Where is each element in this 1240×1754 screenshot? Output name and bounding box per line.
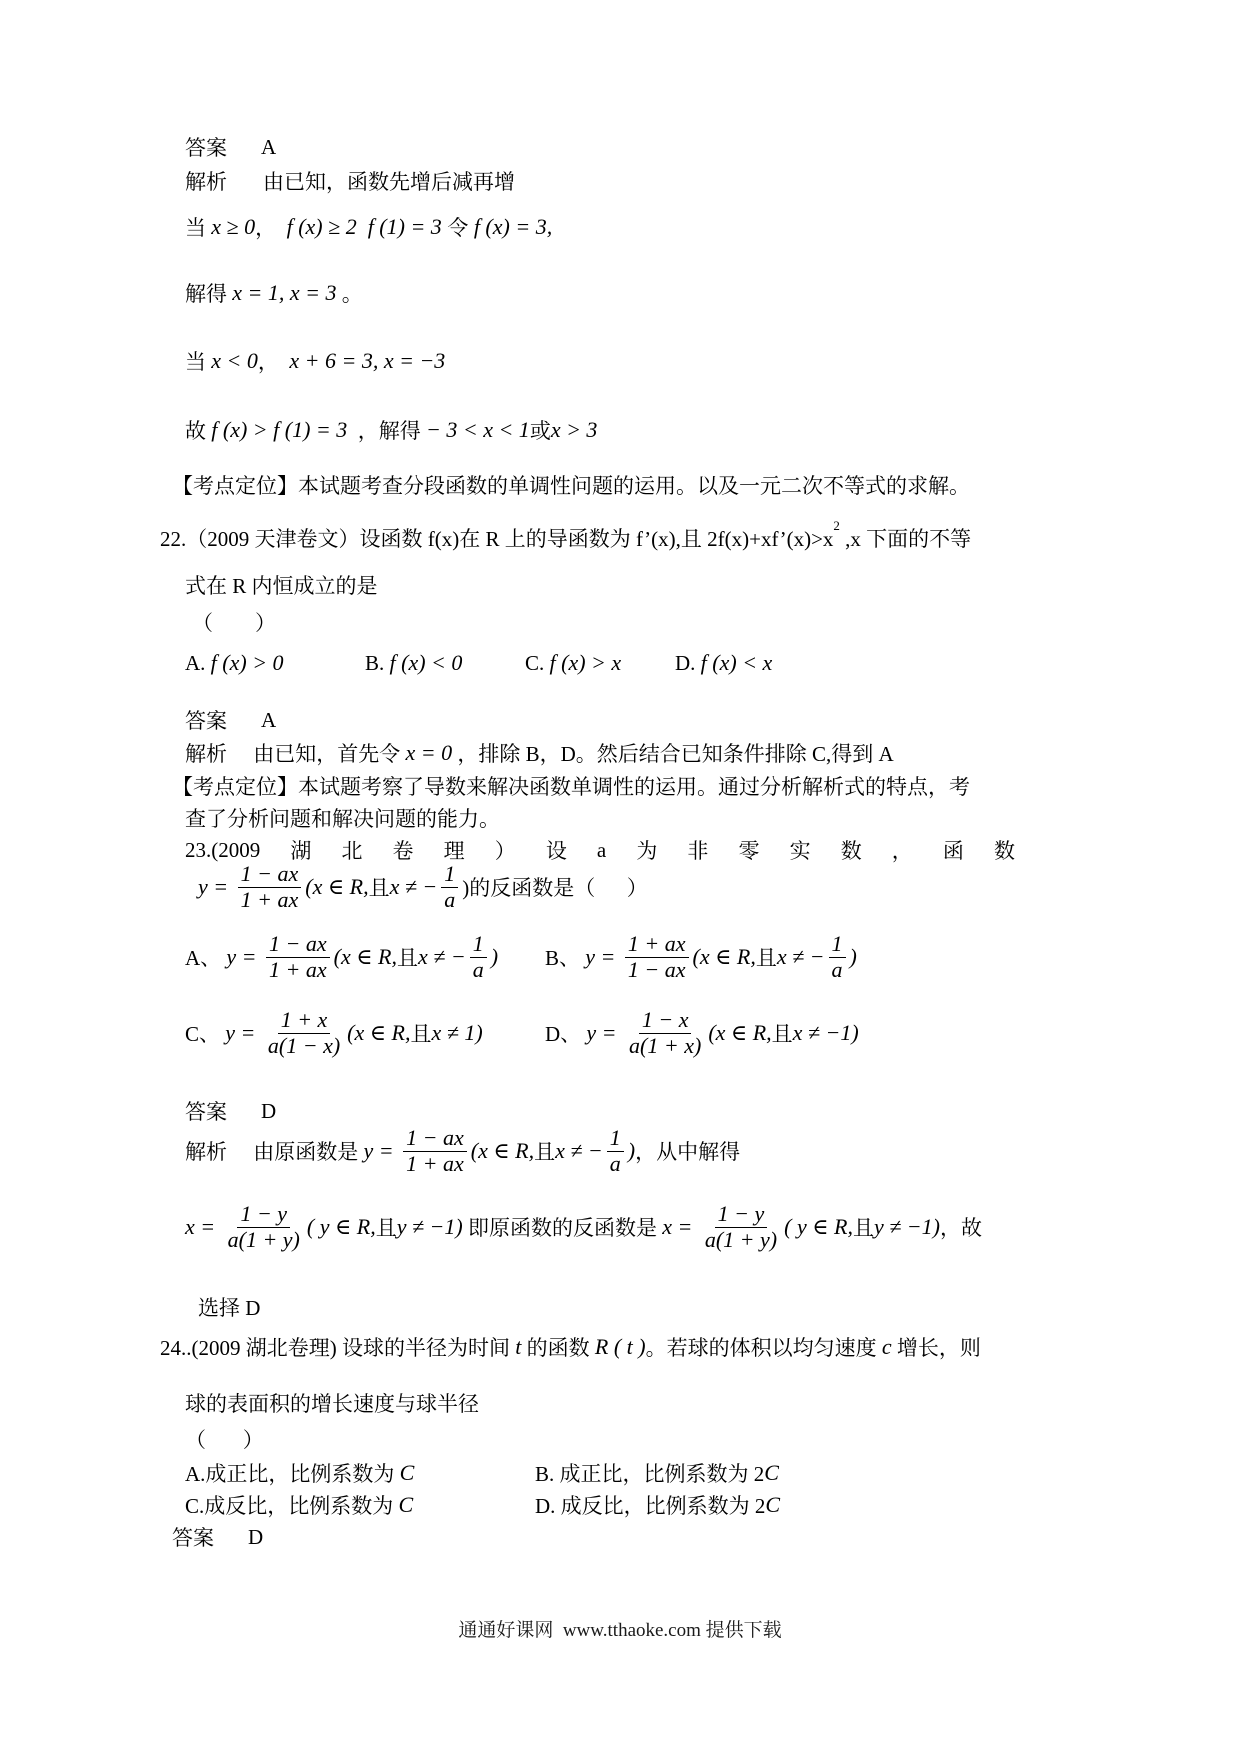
text-segment: ） bbox=[495, 835, 516, 865]
q23-analysis-line-1: 解析 由原函数是 y = 1 − ax1 + ax(x ∈ R,且x ≠ −1a… bbox=[185, 1126, 740, 1176]
text-segment: f (x) < x bbox=[701, 650, 773, 676]
text-segment: 且 bbox=[772, 1018, 793, 1048]
footer-note: 通通好课网 www.tthaoke.com 提供下载 bbox=[0, 1615, 1240, 1642]
q23-option-a: A、 y = 1 − ax1 + ax(x ∈ R,且x ≠ −1a) bbox=[185, 932, 498, 982]
text-segment: y = bbox=[225, 1020, 261, 1046]
q24-option-d: D. 成反比，比例系数为 2C bbox=[535, 1490, 780, 1520]
q21-answer-line: 答案 A bbox=[185, 132, 276, 162]
text-segment: c bbox=[882, 1334, 892, 1360]
keypoint-text: 查了分析问题和解决问题的能力。 bbox=[185, 803, 500, 833]
text-segment: (x ∈ R, bbox=[305, 874, 368, 900]
text-segment: D. 成反比，比例系数为 2 bbox=[535, 1490, 765, 1520]
text-segment: y = bbox=[198, 874, 234, 900]
text-segment: ) bbox=[628, 1138, 635, 1164]
q21-step-4: 故 f (x) > f (1) = 3 ，解得 − 3 < x < 1或x > … bbox=[185, 415, 597, 445]
fraction: 1a bbox=[441, 862, 458, 912]
q22-answer-bracket: （ ） bbox=[192, 607, 276, 637]
text-segment: ( y ∈ R, bbox=[307, 1214, 376, 1240]
text-segment: C bbox=[765, 1492, 780, 1518]
text-segment: 24..(2009 湖北卷理) 设球的半径为时间 bbox=[160, 1332, 515, 1362]
q21-keypoint-line: 【考点定位】本试题考查分段函数的单调性问题的运用。以及一元二次不等式的求解。 bbox=[172, 470, 970, 500]
q21-step-1: 当 x ≥ 0， f (x) ≥ 2 f (1) = 3 令 f (x) = 3… bbox=[185, 212, 552, 242]
text-segment: 22.（2009 天津卷文）设函数 f(x)在 R 上的导函数为 f’(x),且… bbox=[160, 523, 833, 553]
text-segment: x = bbox=[185, 1214, 221, 1240]
answer-value: A bbox=[261, 708, 276, 733]
text-segment: x ≠ − bbox=[555, 1138, 603, 1164]
text-segment: B、 bbox=[545, 942, 585, 972]
text-segment: 北 bbox=[341, 835, 362, 865]
bracket-text: （ ） bbox=[192, 607, 276, 637]
q24-answer-bracket: （ ） bbox=[185, 1424, 264, 1454]
text-segment: 数 bbox=[841, 835, 862, 865]
text-segment: ，故 bbox=[940, 1212, 982, 1242]
text-segment: ) bbox=[491, 944, 498, 970]
text-segment: (x ∈ R, bbox=[471, 1138, 534, 1164]
text-segment: 且 bbox=[534, 1136, 555, 1166]
text-segment: f (x) ≥ 2 f (1) = 3 bbox=[287, 214, 448, 240]
text-segment: (x ∈ R, bbox=[708, 1020, 771, 1046]
text-segment: x ≠ − bbox=[390, 874, 438, 900]
fraction: 1 − xa(1 + x) bbox=[626, 1008, 704, 1058]
text-segment: 设 bbox=[546, 835, 567, 865]
text-segment: x ≥ 0 bbox=[211, 214, 255, 240]
answer-label: 答案 bbox=[172, 1522, 214, 1552]
q22-keypoint-line-1: 【考点定位】本试题考察了导数来解决函数单调性的运用。通过分析解析式的特点，考 bbox=[172, 771, 970, 801]
text-segment: C. bbox=[525, 651, 550, 676]
q21-analysis-line: 解析 由已知，函数先增后减再增 bbox=[185, 166, 515, 196]
text-segment: D、 bbox=[545, 1018, 586, 1048]
analysis-text: 由已知，函数先增后减再增 bbox=[263, 166, 515, 196]
text-segment: 的函数 bbox=[521, 1332, 595, 1362]
text-segment: a bbox=[597, 838, 606, 863]
text-segment: x ≠ −1) bbox=[793, 1020, 859, 1046]
q24-option-b: B. 成正比，比例系数为 2C bbox=[535, 1458, 779, 1488]
text-segment: 实 bbox=[790, 835, 811, 865]
text-segment: 且 bbox=[756, 942, 777, 972]
text-segment: C bbox=[400, 1460, 415, 1486]
text-segment: 。若球的体积以均匀速度 bbox=[646, 1332, 882, 1362]
text-segment: 数 bbox=[994, 835, 1015, 865]
text-segment: y ≠ −1) bbox=[397, 1214, 463, 1240]
fraction: 1 − ax1 + ax bbox=[238, 862, 302, 912]
text-segment: 。 bbox=[336, 278, 362, 308]
answer-label: 答案 bbox=[185, 705, 227, 735]
fraction: 1 + xa(1 − x) bbox=[265, 1008, 343, 1058]
fraction: 1a bbox=[607, 1126, 624, 1176]
text-segment: 23.(2009 bbox=[185, 838, 260, 863]
text-segment: )的反函数是（ ） bbox=[462, 872, 648, 902]
text-segment: x > 3 bbox=[551, 417, 598, 443]
text-segment: x ≠ − bbox=[418, 944, 466, 970]
text-segment: ， bbox=[258, 346, 290, 376]
stem-text: 式在 R 内恒成立的是 bbox=[185, 570, 378, 600]
text-segment: R ( t ) bbox=[595, 1334, 646, 1360]
text-segment: x ≠ − bbox=[777, 944, 825, 970]
document-page: 答案 A 解析 由已知，函数先增后减再增 当 x ≥ 0， f (x) ≥ 2 … bbox=[0, 0, 1240, 1754]
keypoint-text: 【考点定位】本试题考查分段函数的单调性问题的运用。以及一元二次不等式的求解。 bbox=[172, 470, 970, 500]
text-segment: 当 bbox=[185, 346, 211, 376]
text-segment: ，从中解得 bbox=[635, 1136, 740, 1166]
q23-answer-line: 答案 D bbox=[185, 1096, 276, 1126]
text-segment: y ≠ −1) bbox=[874, 1214, 940, 1240]
q23-conclusion-line: 选择 D bbox=[198, 1292, 260, 1322]
text-segment: ,x 下面的不等 bbox=[840, 523, 971, 553]
text-segment: 或 bbox=[530, 415, 551, 445]
text-segment: A.成正比，比例系数为 bbox=[185, 1458, 400, 1488]
text-segment: x = bbox=[662, 1214, 698, 1240]
conclusion-text: 选择 D bbox=[198, 1292, 260, 1322]
q22-answer-line: 答案 A bbox=[185, 705, 276, 735]
q24-stem-line-2: 球的表面积的增长速度与球半径 bbox=[185, 1388, 479, 1418]
text-segment: ) bbox=[850, 944, 857, 970]
text-segment: A. bbox=[185, 651, 211, 676]
text-segment: ， bbox=[892, 835, 913, 865]
answer-value: D bbox=[261, 1099, 276, 1124]
q23-formula-line: y = 1 − ax1 + ax(x ∈ R,且x ≠ −1a)的反函数是（ ） bbox=[198, 862, 648, 912]
stem-text: 球的表面积的增长速度与球半径 bbox=[185, 1388, 479, 1418]
text-segment: ， bbox=[255, 212, 287, 242]
text-segment: 解析 由原函数是 bbox=[185, 1136, 364, 1166]
text-segment: 且 bbox=[853, 1212, 874, 1242]
text-segment: 零 bbox=[739, 835, 760, 865]
text-segment: y = bbox=[364, 1138, 400, 1164]
text-segment: x + 6 = 3, x = −3 bbox=[289, 348, 445, 374]
fraction: 1 − ya(1 + y) bbox=[702, 1202, 780, 1252]
text-segment: B. bbox=[365, 651, 390, 676]
q23-analysis-line-2: x = 1 − ya(1 + y)( y ∈ R,且y ≠ −1) 即原函数的反… bbox=[185, 1202, 982, 1252]
text-segment: A、 bbox=[185, 942, 226, 972]
text-segment: 卷 bbox=[393, 835, 414, 865]
answer-value: D bbox=[248, 1525, 263, 1550]
text-segment: f (x) > x bbox=[550, 650, 622, 676]
q23-option-b: B、 y = 1 + ax1 − ax(x ∈ R,且x ≠ −1a) bbox=[545, 932, 857, 982]
text-segment: f (x) > 0 bbox=[211, 650, 284, 676]
q22-option-d: D. f (x) < x bbox=[675, 650, 772, 676]
answer-label: 答案 bbox=[185, 132, 227, 162]
text-segment: B. 成正比，比例系数为 2 bbox=[535, 1458, 764, 1488]
q23-option-c: C、 y = 1 + xa(1 − x)(x ∈ R,且x ≠ 1) bbox=[185, 1008, 483, 1058]
text-segment: (x ∈ R, bbox=[347, 1020, 410, 1046]
q21-step-2: 解得 x = 1, x = 3 。 bbox=[185, 278, 363, 308]
text-segment: ，解得 bbox=[347, 415, 426, 445]
text-segment: 当 bbox=[185, 212, 211, 242]
q24-option-a: A.成正比，比例系数为 C bbox=[185, 1458, 414, 1488]
answer-label: 答案 bbox=[185, 1096, 227, 1126]
q24-option-c: C.成反比，比例系数为 C bbox=[185, 1490, 413, 1520]
text-segment: 为 bbox=[636, 835, 657, 865]
text-segment: D. bbox=[675, 651, 701, 676]
text-segment: C.成反比，比例系数为 bbox=[185, 1490, 399, 1520]
text-segment: f (x) > f (1) = 3 bbox=[211, 417, 347, 443]
text-segment: 且 bbox=[369, 872, 390, 902]
fraction: 1a bbox=[470, 932, 487, 982]
fraction: 1a bbox=[829, 932, 846, 982]
text-segment: (x ∈ R, bbox=[693, 944, 756, 970]
bracket-text: （ ） bbox=[185, 1424, 264, 1454]
text-segment: y = bbox=[226, 944, 262, 970]
q23-stem-line: 23.(2009湖北卷理）设a为非零实数，函数 bbox=[185, 835, 1015, 865]
text-segment: C bbox=[399, 1492, 414, 1518]
fraction: 1 + ax1 − ax bbox=[625, 932, 689, 982]
answer-value: A bbox=[261, 135, 276, 160]
q22-keypoint-line-2: 查了分析问题和解决问题的能力。 bbox=[185, 803, 500, 833]
text-segment: 且 bbox=[397, 942, 418, 972]
text-segment: y = bbox=[585, 944, 621, 970]
q22-option-a: A. f (x) > 0 bbox=[185, 650, 284, 676]
q22-stem-line-1: 22.（2009 天津卷文）设函数 f(x)在 R 上的导函数为 f’(x),且… bbox=[160, 523, 971, 553]
text-segment: 解析 由已知，首先令 bbox=[185, 738, 406, 768]
fraction: 1 − ya(1 + y) bbox=[225, 1202, 303, 1252]
text-segment: y = bbox=[586, 1020, 622, 1046]
q22-stem-line-2: 式在 R 内恒成立的是 bbox=[185, 570, 378, 600]
text-segment: x < 0 bbox=[211, 348, 258, 374]
q24-answer-line: 答案 D bbox=[172, 1522, 263, 1552]
text-segment: 函 bbox=[943, 835, 964, 865]
text-segment: x = 1, x = 3 bbox=[232, 280, 336, 306]
text-segment: x = 0 bbox=[406, 740, 453, 766]
fraction: 1 − ax1 + ax bbox=[403, 1126, 467, 1176]
text-segment: 增长，则 bbox=[892, 1332, 981, 1362]
fraction: 1 − ax1 + ax bbox=[266, 932, 330, 982]
text-segment: C、 bbox=[185, 1018, 225, 1048]
text-segment: 令 bbox=[447, 212, 468, 242]
keypoint-text: 【考点定位】本试题考察了导数来解决函数单调性的运用。通过分析解析式的特点，考 bbox=[172, 771, 970, 801]
text-segment: 故 bbox=[185, 415, 211, 445]
q23-option-d: D、 y = 1 − xa(1 + x)(x ∈ R,且x ≠ −1) bbox=[545, 1008, 859, 1058]
text-segment: ( y ∈ R, bbox=[784, 1214, 853, 1240]
text-segment: 且 bbox=[410, 1018, 431, 1048]
text-segment: 解得 bbox=[185, 278, 232, 308]
text-segment: 非 bbox=[687, 835, 708, 865]
footer-text: 通通好课网 www.tthaoke.com 提供下载 bbox=[458, 1615, 781, 1642]
q21-step-3: 当 x < 0， x + 6 = 3, x = −3 bbox=[185, 346, 445, 376]
text-segment: f (x) < 0 bbox=[390, 650, 463, 676]
text-segment: 且 bbox=[376, 1212, 397, 1242]
text-segment: (x ∈ R, bbox=[334, 944, 397, 970]
q24-stem-line-1: 24..(2009 湖北卷理) 设球的半径为时间 t 的函数 R ( t )。若… bbox=[160, 1332, 981, 1362]
q22-option-c: C. f (x) > x bbox=[525, 650, 621, 676]
text-segment: 即原函数的反函数是 bbox=[463, 1212, 663, 1242]
text-segment: ，排除 B，D。然后结合已知条件排除 C,得到 A bbox=[452, 738, 894, 768]
q22-analysis-line: 解析 由已知，首先令 x = 0 ，排除 B，D。然后结合已知条件排除 C,得到… bbox=[185, 738, 894, 768]
text-segment: f (x) = 3, bbox=[468, 214, 552, 240]
text-segment: C bbox=[764, 1460, 779, 1486]
analysis-label: 解析 bbox=[185, 166, 227, 196]
q22-option-b: B. f (x) < 0 bbox=[365, 650, 462, 676]
text-segment: − 3 < x < 1 bbox=[426, 417, 530, 443]
text-segment: x ≠ 1) bbox=[431, 1020, 482, 1046]
